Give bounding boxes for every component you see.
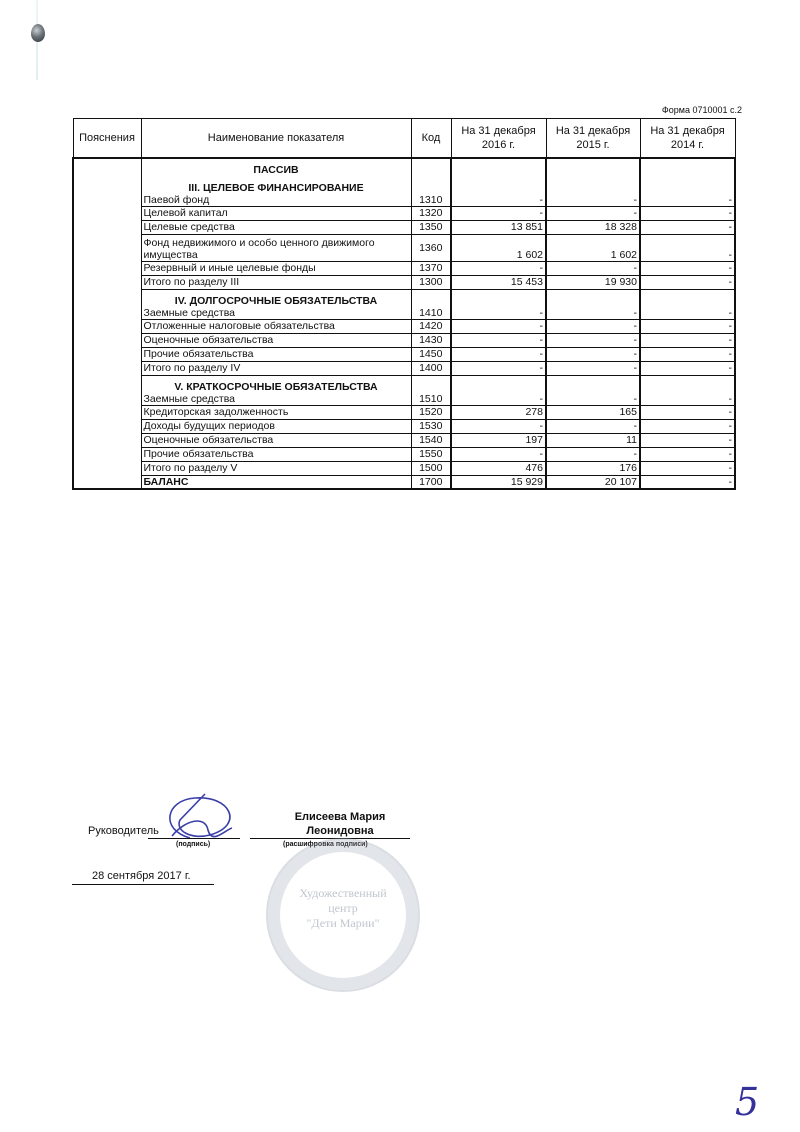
value-2016: - bbox=[451, 319, 546, 333]
indicator-code: 1510 bbox=[411, 375, 451, 405]
indicator-code: 1450 bbox=[411, 347, 451, 361]
value-2016: 1 602 bbox=[451, 234, 546, 261]
stamp-line2: центр bbox=[268, 901, 418, 916]
indicator-name: Прочие обязательства bbox=[141, 447, 411, 461]
indicator-name: Итого по разделу V bbox=[141, 461, 411, 475]
value-2014: - bbox=[640, 206, 735, 220]
header-2015: На 31 декабря 2015 г. bbox=[546, 119, 640, 159]
value-2015: - bbox=[546, 206, 640, 220]
notes-cell bbox=[73, 405, 141, 419]
indicator-name: Прочие обязательства bbox=[141, 347, 411, 361]
table-row: Прочие обязательства1550--- bbox=[73, 447, 735, 461]
handwritten-page-number: 5 bbox=[735, 1080, 759, 1124]
value-2016: 15 929 bbox=[451, 475, 546, 489]
value-2016: - bbox=[451, 333, 546, 347]
value-2015: - bbox=[546, 319, 640, 333]
indicator-name: Целевой капитал bbox=[141, 206, 411, 220]
table-row: Целевые средства135013 85118 328- bbox=[73, 220, 735, 234]
indicator-name: Резервный и иные целевые фонды bbox=[141, 261, 411, 275]
value-2014: - bbox=[640, 289, 735, 319]
value-2015: 11 bbox=[546, 433, 640, 447]
table-row: Итого по разделу V1500476176- bbox=[73, 461, 735, 475]
header-notes: Пояснения bbox=[73, 119, 141, 159]
form-code: Форма 0710001 с.2 bbox=[662, 105, 742, 115]
section-title-passive: ПАССИВ bbox=[144, 161, 409, 176]
table-row: Итого по разделу IV1400--- bbox=[73, 361, 735, 375]
indicator-name: IV. ДОЛГОСРОЧНЫЕ ОБЯЗАТЕЛЬСТВАЗаемные ср… bbox=[141, 289, 411, 319]
indicator-name: Кредиторская задолженность bbox=[141, 405, 411, 419]
balance-liabilities-table: Пояснения Наименование показателя Код На… bbox=[72, 118, 736, 490]
value-2014: - bbox=[640, 375, 735, 405]
value-2014: - bbox=[640, 419, 735, 433]
header-code: Код bbox=[411, 119, 451, 159]
value-2015: - bbox=[546, 375, 640, 405]
value-2016: - bbox=[451, 289, 546, 319]
notes-cell bbox=[73, 220, 141, 234]
value-2014: - bbox=[640, 261, 735, 275]
signer-name-line1: Елисеева Мария bbox=[285, 811, 395, 823]
value-2015: - bbox=[546, 333, 640, 347]
notes-cell bbox=[73, 158, 141, 206]
notes-cell bbox=[73, 461, 141, 475]
value-2016: - bbox=[451, 419, 546, 433]
value-2015: - bbox=[546, 447, 640, 461]
notes-cell bbox=[73, 433, 141, 447]
indicator-code: 1300 bbox=[411, 275, 451, 289]
indicator-code: 1400 bbox=[411, 361, 451, 375]
header-name: Наименование показателя bbox=[141, 119, 411, 159]
value-2016: 15 453 bbox=[451, 275, 546, 289]
value-2015: 176 bbox=[546, 461, 640, 475]
indicator-label: Паевой фонд bbox=[144, 194, 409, 206]
value-2016: - bbox=[451, 361, 546, 375]
notes-cell bbox=[73, 447, 141, 461]
value-2016: - bbox=[451, 347, 546, 361]
value-2014: - bbox=[640, 234, 735, 261]
indicator-name: Итого по разделу III bbox=[141, 275, 411, 289]
indicator-code: 1520 bbox=[411, 405, 451, 419]
indicator-code: 1320 bbox=[411, 206, 451, 220]
indicator-name: Целевые средства bbox=[141, 220, 411, 234]
section-title-s5: V. КРАТКОСРОЧНЫЕ ОБЯЗАТЕЛЬСТВА bbox=[144, 378, 409, 393]
value-2015: - bbox=[546, 261, 640, 275]
value-2016: - bbox=[451, 261, 546, 275]
table-row: Отложенные налоговые обязательства1420--… bbox=[73, 319, 735, 333]
punch-hole-icon bbox=[31, 24, 45, 42]
value-2014: - bbox=[640, 361, 735, 375]
value-2014: - bbox=[640, 333, 735, 347]
table-row: IV. ДОЛГОСРОЧНЫЕ ОБЯЗАТЕЛЬСТВАЗаемные ср… bbox=[73, 289, 735, 319]
value-2015: - bbox=[546, 419, 640, 433]
signer-name-line2: Леонидовна bbox=[285, 825, 395, 837]
table-row: ПАССИВIII. ЦЕЛЕВОЕ ФИНАНСИРОВАНИЕПаевой … bbox=[73, 158, 735, 206]
value-2014: - bbox=[640, 319, 735, 333]
indicator-name: БАЛАНС bbox=[141, 475, 411, 489]
table-row: Целевой капитал1320--- bbox=[73, 206, 735, 220]
value-2014: - bbox=[640, 433, 735, 447]
indicator-label: Заемные средства bbox=[144, 393, 409, 405]
value-2015: 19 930 bbox=[546, 275, 640, 289]
stamp-line1: Художественный bbox=[268, 886, 418, 901]
table-row: Фонд недвижимого и особо ценного движимо… bbox=[73, 234, 735, 261]
indicator-code: 1310 bbox=[411, 158, 451, 206]
section-title-s4: IV. ДОЛГОСРОЧНЫЕ ОБЯЗАТЕЛЬСТВА bbox=[144, 292, 409, 307]
notes-cell bbox=[73, 275, 141, 289]
indicator-name: Оценочные обязательства bbox=[141, 333, 411, 347]
value-2014: - bbox=[640, 158, 735, 206]
value-2014: - bbox=[640, 447, 735, 461]
value-2016: 476 bbox=[451, 461, 546, 475]
value-2014: - bbox=[640, 220, 735, 234]
value-2015: - bbox=[546, 347, 640, 361]
notes-cell bbox=[73, 333, 141, 347]
value-2015: 20 107 bbox=[546, 475, 640, 489]
table-row: Оценочные обязательства154019711- bbox=[73, 433, 735, 447]
indicator-code: 1420 bbox=[411, 319, 451, 333]
indicator-code: 1350 bbox=[411, 220, 451, 234]
table-row: Резервный и иные целевые фонды1370--- bbox=[73, 261, 735, 275]
indicator-name: Итого по разделу IV bbox=[141, 361, 411, 375]
value-2016: 197 bbox=[451, 433, 546, 447]
table-row: Итого по разделу III130015 45319 930- bbox=[73, 275, 735, 289]
signature-caption: (подпись) bbox=[176, 841, 210, 848]
notes-cell bbox=[73, 261, 141, 275]
value-2014: - bbox=[640, 475, 735, 489]
header-2014: На 31 декабря 2014 г. bbox=[640, 119, 735, 159]
date-line bbox=[72, 884, 214, 885]
notes-cell bbox=[73, 347, 141, 361]
table-header-row: Пояснения Наименование показателя Код На… bbox=[73, 119, 735, 159]
notes-cell bbox=[73, 206, 141, 220]
indicator-code: 1500 bbox=[411, 461, 451, 475]
notes-cell bbox=[73, 319, 141, 333]
header-2016: На 31 декабря 2016 г. bbox=[451, 119, 546, 159]
value-2014: - bbox=[640, 461, 735, 475]
handwritten-signature-icon bbox=[150, 790, 245, 845]
indicator-name: Фонд недвижимого и особо ценного движимо… bbox=[141, 234, 411, 261]
indicator-label: Заемные средства bbox=[144, 307, 409, 319]
indicator-name: Оценочные обязательства bbox=[141, 433, 411, 447]
indicator-code: 1430 bbox=[411, 333, 451, 347]
value-2015: 18 328 bbox=[546, 220, 640, 234]
value-2016: - bbox=[451, 447, 546, 461]
value-2016: 278 bbox=[451, 405, 546, 419]
value-2015: - bbox=[546, 361, 640, 375]
value-2016: - bbox=[451, 375, 546, 405]
signature-date: 28 сентября 2017 г. bbox=[92, 870, 191, 882]
stamp-line3: "Дети Марии" bbox=[268, 916, 418, 931]
value-2016: 13 851 bbox=[451, 220, 546, 234]
indicator-code: 1370 bbox=[411, 261, 451, 275]
balance-total-row: БАЛАНС170015 92920 107- bbox=[73, 475, 735, 489]
notes-cell bbox=[73, 475, 141, 489]
indicator-name: Отложенные налоговые обязательства bbox=[141, 319, 411, 333]
indicator-code: 1360 bbox=[411, 234, 451, 261]
value-2015: 1 602 bbox=[546, 234, 640, 261]
notes-cell bbox=[73, 375, 141, 405]
indicator-code: 1540 bbox=[411, 433, 451, 447]
value-2015: - bbox=[546, 158, 640, 206]
table-row: Оценочные обязательства1430--- bbox=[73, 333, 735, 347]
value-2016: - bbox=[451, 206, 546, 220]
table-row: Доходы будущих периодов1530--- bbox=[73, 419, 735, 433]
value-2014: - bbox=[640, 405, 735, 419]
organization-stamp: Художественный центр "Дети Марии" bbox=[266, 838, 420, 992]
value-2014: - bbox=[640, 275, 735, 289]
value-2016: - bbox=[451, 158, 546, 206]
table-row: Кредиторская задолженность1520278165- bbox=[73, 405, 735, 419]
signature-role: Руководитель bbox=[88, 825, 159, 837]
value-2015: - bbox=[546, 289, 640, 319]
value-2014: - bbox=[640, 347, 735, 361]
table-row: V. КРАТКОСРОЧНЫЕ ОБЯЗАТЕЛЬСТВАЗаемные ср… bbox=[73, 375, 735, 405]
indicator-code: 1410 bbox=[411, 289, 451, 319]
indicator-name: V. КРАТКОСРОЧНЫЕ ОБЯЗАТЕЛЬСТВАЗаемные ср… bbox=[141, 375, 411, 405]
indicator-name: Доходы будущих периодов bbox=[141, 419, 411, 433]
notes-cell bbox=[73, 289, 141, 319]
section-title-s3: III. ЦЕЛЕВОЕ ФИНАНСИРОВАНИЕ bbox=[144, 176, 409, 194]
value-2015: 165 bbox=[546, 405, 640, 419]
signature-line bbox=[148, 838, 240, 839]
indicator-code: 1530 bbox=[411, 419, 451, 433]
indicator-name: ПАССИВIII. ЦЕЛЕВОЕ ФИНАНСИРОВАНИЕПаевой … bbox=[141, 158, 411, 206]
notes-cell bbox=[73, 419, 141, 433]
notes-cell bbox=[73, 361, 141, 375]
table-row: Прочие обязательства1450--- bbox=[73, 347, 735, 361]
indicator-code: 1700 bbox=[411, 475, 451, 489]
notes-cell bbox=[73, 234, 141, 261]
indicator-code: 1550 bbox=[411, 447, 451, 461]
